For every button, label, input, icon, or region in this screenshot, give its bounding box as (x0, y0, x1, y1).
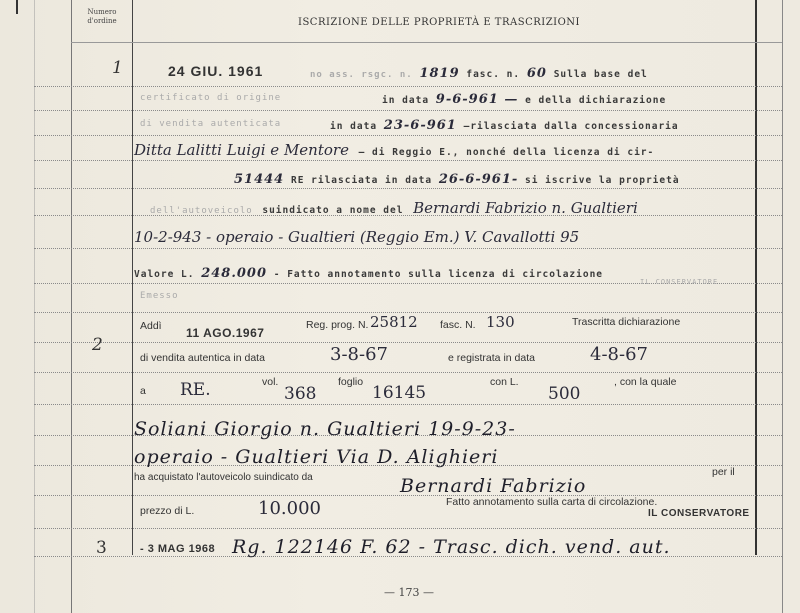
page-number: — 173 — (384, 586, 434, 599)
entry-2-reg-label: Reg. prog. N. (306, 319, 368, 331)
entry-1-line-7: 10-2-943 - operaio - Gualtieri (Reggio E… (134, 228, 579, 246)
handwritten-date: 9-6-961 — (436, 92, 519, 107)
column-rule-number (132, 0, 133, 555)
entry-1-line-4: Ditta Lalitti Luigi e Mentore — di Reggi… (134, 140, 654, 159)
typed-text: Sulla base del (554, 69, 648, 80)
entry-1-line-2: in data 9-6-961 — e della dichiarazione (382, 92, 666, 107)
entry-1-stamp-date: 24 GIU. 1961 (168, 63, 263, 79)
entry-2-con-value: 500 (548, 384, 580, 404)
typed-text: —rilasciata dalla concessionaria (464, 121, 679, 132)
entry-2-conservatore: IL CONSERVATORE (648, 508, 750, 519)
entry-1-line-2-faint: certificato di origine (140, 93, 281, 103)
typed-text: no ass. rsgc. n. (310, 70, 413, 80)
typed-text: suindicato a nome del (262, 205, 403, 216)
guide-line (34, 160, 782, 161)
entry-2-number: 2 (92, 335, 103, 355)
header-rule (71, 42, 782, 43)
guide-line (34, 404, 782, 405)
entry-2-ufficio: RE. (180, 380, 211, 400)
guide-line (34, 372, 782, 373)
column-header-number: Numero d'ordine (76, 8, 128, 26)
entry-2-trascritta-label: Trascritta dichiarazione (572, 316, 680, 328)
guide-line (34, 188, 782, 189)
entry-2-fasc-label: fasc. N. (440, 319, 476, 331)
entry-3-number: 3 (96, 538, 107, 558)
entry-2-vol-value: 368 (284, 384, 316, 404)
entry-2-stamp-date: 11 AGO.1967 (186, 326, 264, 340)
handwritten-date: 26-6-961- (439, 172, 518, 187)
typed-text: Valore L. (134, 269, 194, 280)
entry-2-seller: Bernardi Fabrizio (400, 475, 586, 497)
right-margin-rule (782, 0, 783, 613)
typed-text: si iscrive la proprietà (525, 175, 680, 186)
handwritten-value: 248.000 (201, 266, 267, 281)
column-rule-left (71, 0, 72, 613)
typed-text: dell'autoveicolo (150, 206, 253, 216)
entry-3-stamp-date: - 3 MAG 1968 (140, 543, 215, 555)
entry-1-line-3-faint: di vendita autenticata (140, 119, 281, 129)
entry-2-per-il-label: per il (712, 466, 735, 478)
typed-text: — di Reggio E., nonché della licenza di … (359, 147, 655, 158)
handwritten-register-number: 1819 (419, 66, 459, 81)
typed-text: RE rilasciata in data (291, 175, 432, 186)
entry-1-line-9: Emesso (140, 291, 179, 301)
column-rule-right (755, 0, 757, 555)
guide-line (34, 342, 782, 343)
entry-2-reg-value: 25812 (370, 313, 418, 331)
entry-2-registrata-label: e registrata in data (448, 352, 535, 364)
entry-2-addi-label: Addì (140, 320, 162, 332)
handwritten-owner-name: Bernardi Fabrizio n. Gualtieri (413, 199, 638, 217)
entry-1-line-5: 51444 RE rilasciata in data 26-6-961- si… (234, 172, 680, 187)
handwritten-date: 23-6-961 (384, 118, 457, 133)
left-margin-rule (34, 0, 35, 613)
guide-line (34, 86, 782, 87)
entry-2-prezzo-label: prezzo di L. (140, 505, 194, 517)
typed-text: in data (382, 95, 429, 106)
entry-2-a-label: a (140, 385, 146, 397)
entry-2-registrata-date: 4-8-67 (590, 344, 648, 365)
entry-1-line-1: no ass. rsgc. n. 1819 fasc. n. 60 Sulla … (310, 66, 648, 81)
entry-2-prezzo-value: 10.000 (258, 498, 321, 519)
handwritten-fasc-number: 60 (527, 66, 547, 81)
entry-2-vol-label: vol. (262, 376, 278, 388)
page-title: ISCRIZIONE DELLE PROPRIETÀ E TRASCRIZION… (298, 17, 580, 28)
typed-text: e della dichiarazione (525, 95, 666, 106)
entry-2-fasc-value: 130 (486, 313, 515, 331)
handwritten-license-number: 51444 (234, 172, 284, 187)
guide-line (34, 248, 782, 249)
typed-text: - Fatto annotamento sulla licenza di cir… (274, 269, 603, 280)
entry-3-handwritten-note: Rg. 122146 F. 62 - Trasc. dich. vend. au… (232, 536, 671, 558)
typed-text: fasc. n. (466, 69, 520, 80)
entry-1-line-6: dell'autoveicolo suindicato a nome del B… (150, 198, 638, 217)
guide-line (34, 528, 782, 529)
entry-2-annotamento-label: Fatto annotamento sulla carta di circola… (446, 496, 657, 508)
guide-line (34, 135, 782, 136)
typed-text: in data (330, 121, 377, 132)
handwritten-dealer-name: Ditta Lalitti Luigi e Mentore (134, 141, 349, 159)
entry-1-number: 1 (112, 58, 123, 78)
entry-2-quale-label: , con la quale (614, 376, 676, 388)
entry-1-line-8: Valore L. 248.000 - Fatto annotamento su… (134, 266, 603, 281)
entry-2-vendita-date: 3-8-67 (330, 344, 388, 365)
entry-2-con-label: con L. (490, 376, 519, 388)
entry-2-foglio-value: 16145 (372, 383, 426, 403)
document-page: Numero d'ordine ISCRIZIONE DELLE PROPRIE… (0, 0, 800, 613)
entry-1-line-3: in data 23-6-961 —rilasciata dalla conce… (330, 118, 679, 133)
entry-2-acquistato-label: ha acquistato l'autoveicolo suindicato d… (134, 472, 313, 483)
entry-2-foglio-label: foglio (338, 376, 363, 388)
entry-2-buyer-line-1: Soliani Giorgio n. Gualtieri 19-9-23- (134, 418, 516, 440)
entry-1-signature: IL CONSERVATORE (640, 278, 718, 286)
entry-2-vendita-label: di vendita autentica in data (140, 352, 265, 364)
left-edge-mark (16, 0, 18, 14)
entry-2-buyer-line-2: operaio - Gualtieri Via D. Alighieri (134, 446, 498, 468)
guide-line (34, 110, 782, 111)
